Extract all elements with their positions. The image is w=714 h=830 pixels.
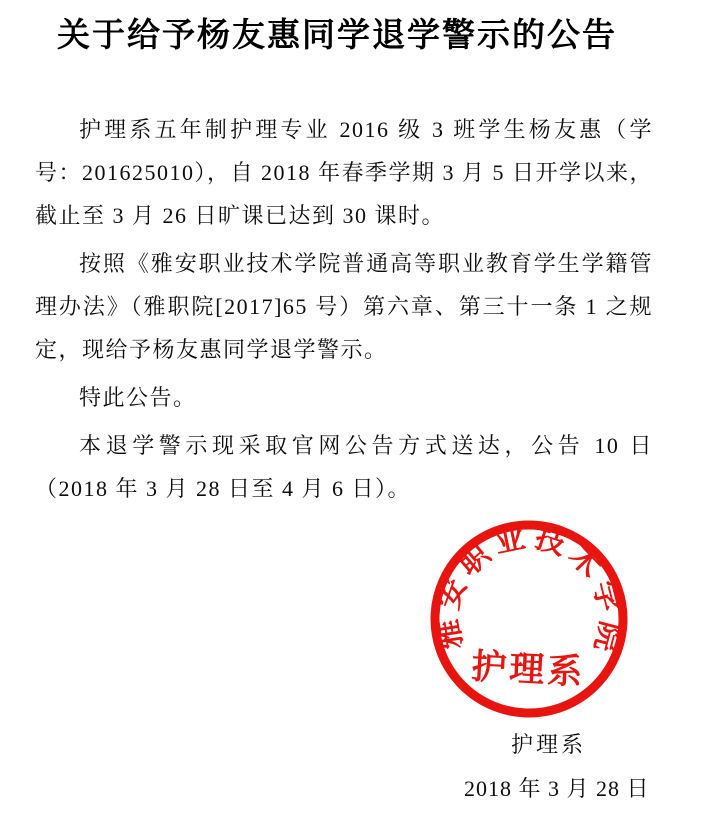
signature-date: 2018 年 3 月 28 日 bbox=[464, 772, 650, 803]
paragraph-delivery-method: 本退学警示现采取官网公告方式送达，公告 10 日（2018 年 3 月 28 日… bbox=[35, 424, 653, 510]
paragraph-hereby-announced: 特此公告。 bbox=[35, 376, 653, 419]
seal-stamp-graphic: 雅安职业技术学院 护理系 bbox=[418, 508, 640, 730]
notice-title: 关于给予杨友惠同学退学警示的公告 bbox=[0, 12, 714, 58]
notice-page: 关于给予杨友惠同学退学警示的公告 护理系五年制护理专业 2016 级 3 班学生… bbox=[0, 0, 714, 830]
official-seal: 雅安职业技术学院 护理系 bbox=[418, 508, 640, 730]
seal-inner-text: 护理系 bbox=[470, 647, 586, 692]
paragraph-regulation-basis: 按照《雅安职业技术学院普通高等职业教育学生学籍管理办法》（雅职院[2017]65… bbox=[35, 242, 653, 371]
paragraph-student-absence: 护理系五年制护理专业 2016 级 3 班学生杨友惠（学号：201625010）… bbox=[35, 108, 653, 237]
seal-ring-text: 雅安职业技术学院 bbox=[428, 516, 633, 662]
signature-department: 护理系 bbox=[511, 728, 586, 759]
notice-body: 护理系五年制护理专业 2016 级 3 班学生杨友惠（学号：201625010）… bbox=[35, 108, 653, 515]
